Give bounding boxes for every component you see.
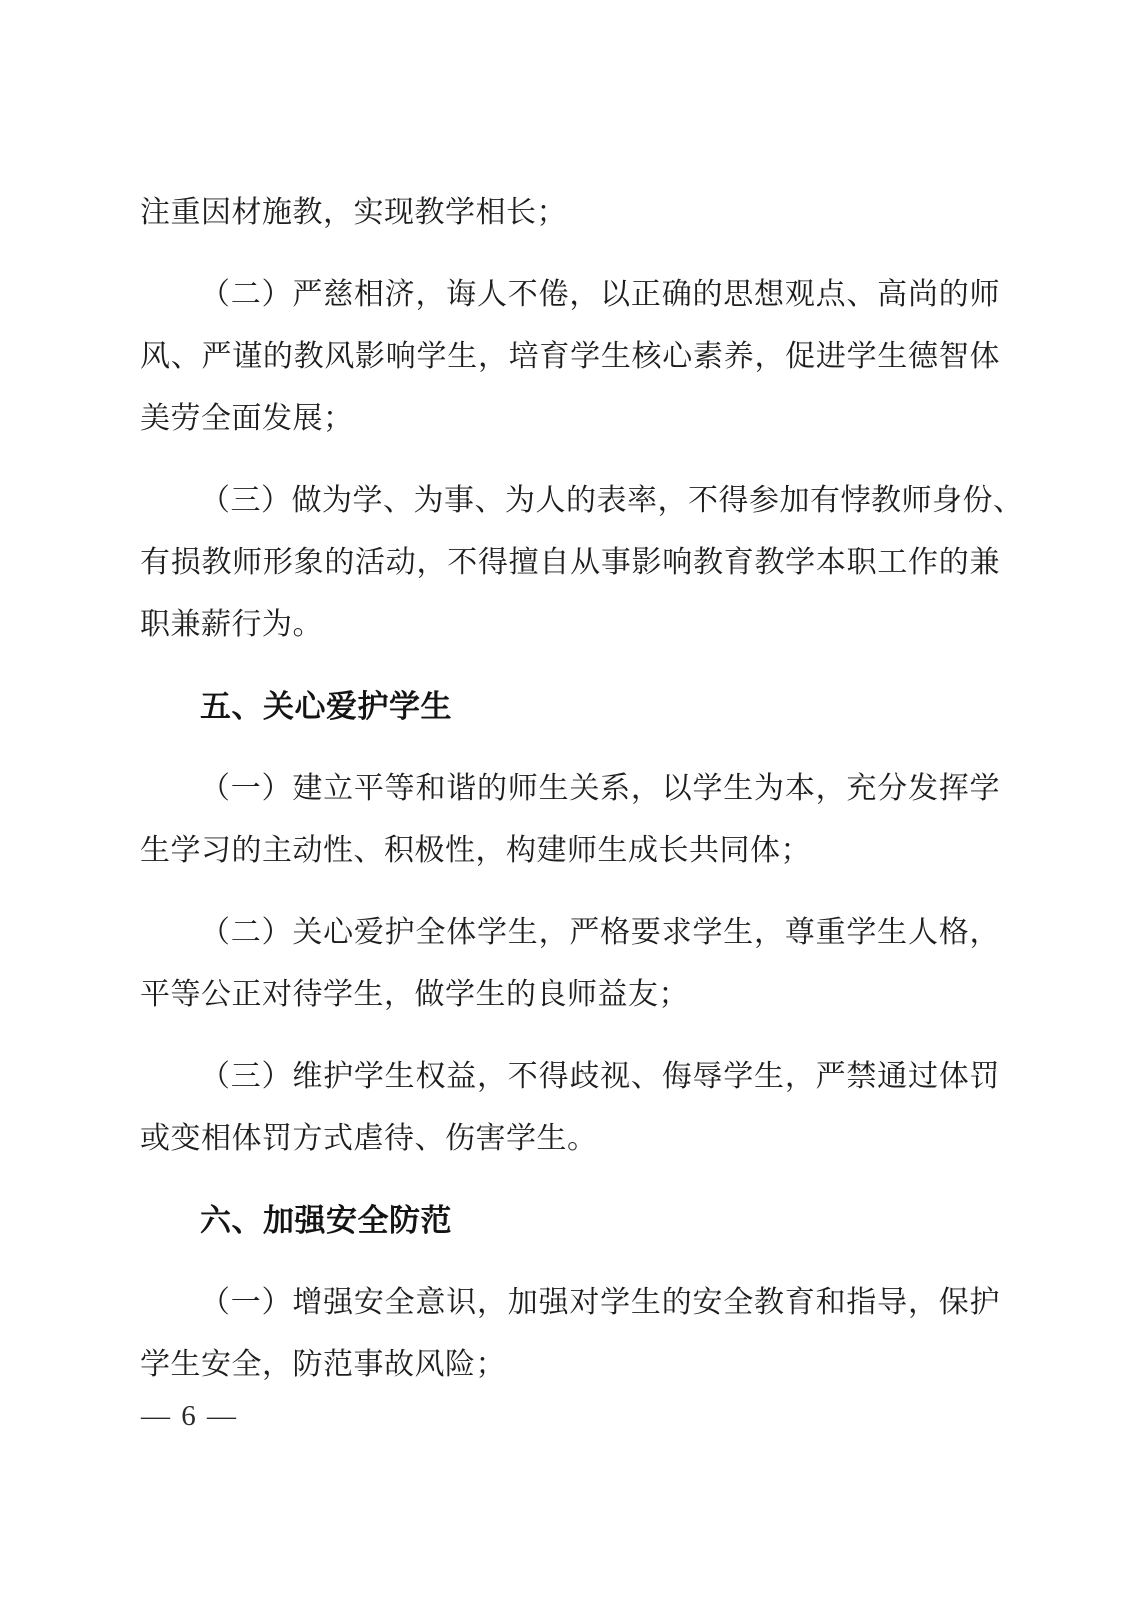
text-line: 或变相体罚方式虐待、伤害学生。 — [140, 1108, 1000, 1170]
text-line: 风、严谨的教风影响学生，培育学生核心素养，促进学生德智体 — [140, 326, 1000, 388]
document-body: 注重因材施教，实现教学相长；（二）严慈相济，诲人不倦，以正确的思想观点、高尚的师… — [140, 182, 1000, 1416]
paragraph: （二）严慈相济，诲人不倦，以正确的思想观点、高尚的师风、严谨的教风影响学生，培育… — [140, 264, 1000, 450]
section-heading: 六、加强安全防范 — [140, 1190, 1000, 1252]
text-line: 美劳全面发展； — [140, 388, 1000, 450]
document-page: 注重因材施教，实现教学相长；（二）严慈相济，诲人不倦，以正确的思想观点、高尚的师… — [0, 0, 1131, 1600]
text-line: （二）关心爱护全体学生，严格要求学生，尊重学生人格， — [140, 902, 1000, 964]
text-line: （一）增强安全意识，加强对学生的安全教育和指导，保护 — [140, 1272, 1000, 1334]
paragraph: 注重因材施教，实现教学相长； — [140, 182, 1000, 244]
text-line: （三）维护学生权益，不得歧视、侮辱学生，严禁通过体罚 — [140, 1046, 1000, 1108]
text-line: 生学习的主动性、积极性，构建师生成长共同体； — [140, 820, 1000, 882]
text-line: （一）建立平等和谐的师生关系，以学生为本，充分发挥学 — [140, 758, 1000, 820]
text-line: 职兼薪行为。 — [140, 594, 1000, 656]
text-line: 注重因材施教，实现教学相长； — [140, 182, 1000, 244]
paragraph: （二）关心爱护全体学生，严格要求学生，尊重学生人格，平等公正对待学生，做学生的良… — [140, 902, 1000, 1026]
paragraph: （三）做为学、为事、为人的表率，不得参加有悖教师身份、有损教师形象的活动，不得擅… — [140, 470, 1000, 656]
paragraph: （一）建立平等和谐的师生关系，以学生为本，充分发挥学生学习的主动性、积极性，构建… — [140, 758, 1000, 882]
text-line: 平等公正对待学生，做学生的良师益友； — [140, 964, 1000, 1026]
paragraph: （一）增强安全意识，加强对学生的安全教育和指导，保护学生安全，防范事故风险； — [140, 1272, 1000, 1396]
text-line: 有损教师形象的活动，不得擅自从事影响教育教学本职工作的兼 — [140, 532, 1000, 594]
text-line: 学生安全，防范事故风险； — [140, 1334, 1000, 1396]
heading-line: 五、关心爱护学生 — [140, 676, 1000, 738]
page-number: — 6 — — [141, 1395, 238, 1437]
paragraph: （三）维护学生权益，不得歧视、侮辱学生，严禁通过体罚或变相体罚方式虐待、伤害学生… — [140, 1046, 1000, 1170]
heading-line: 六、加强安全防范 — [140, 1190, 1000, 1252]
text-line: （三）做为学、为事、为人的表率，不得参加有悖教师身份、 — [140, 470, 1000, 532]
text-line: （二）严慈相济，诲人不倦，以正确的思想观点、高尚的师 — [140, 264, 1000, 326]
section-heading: 五、关心爱护学生 — [140, 676, 1000, 738]
